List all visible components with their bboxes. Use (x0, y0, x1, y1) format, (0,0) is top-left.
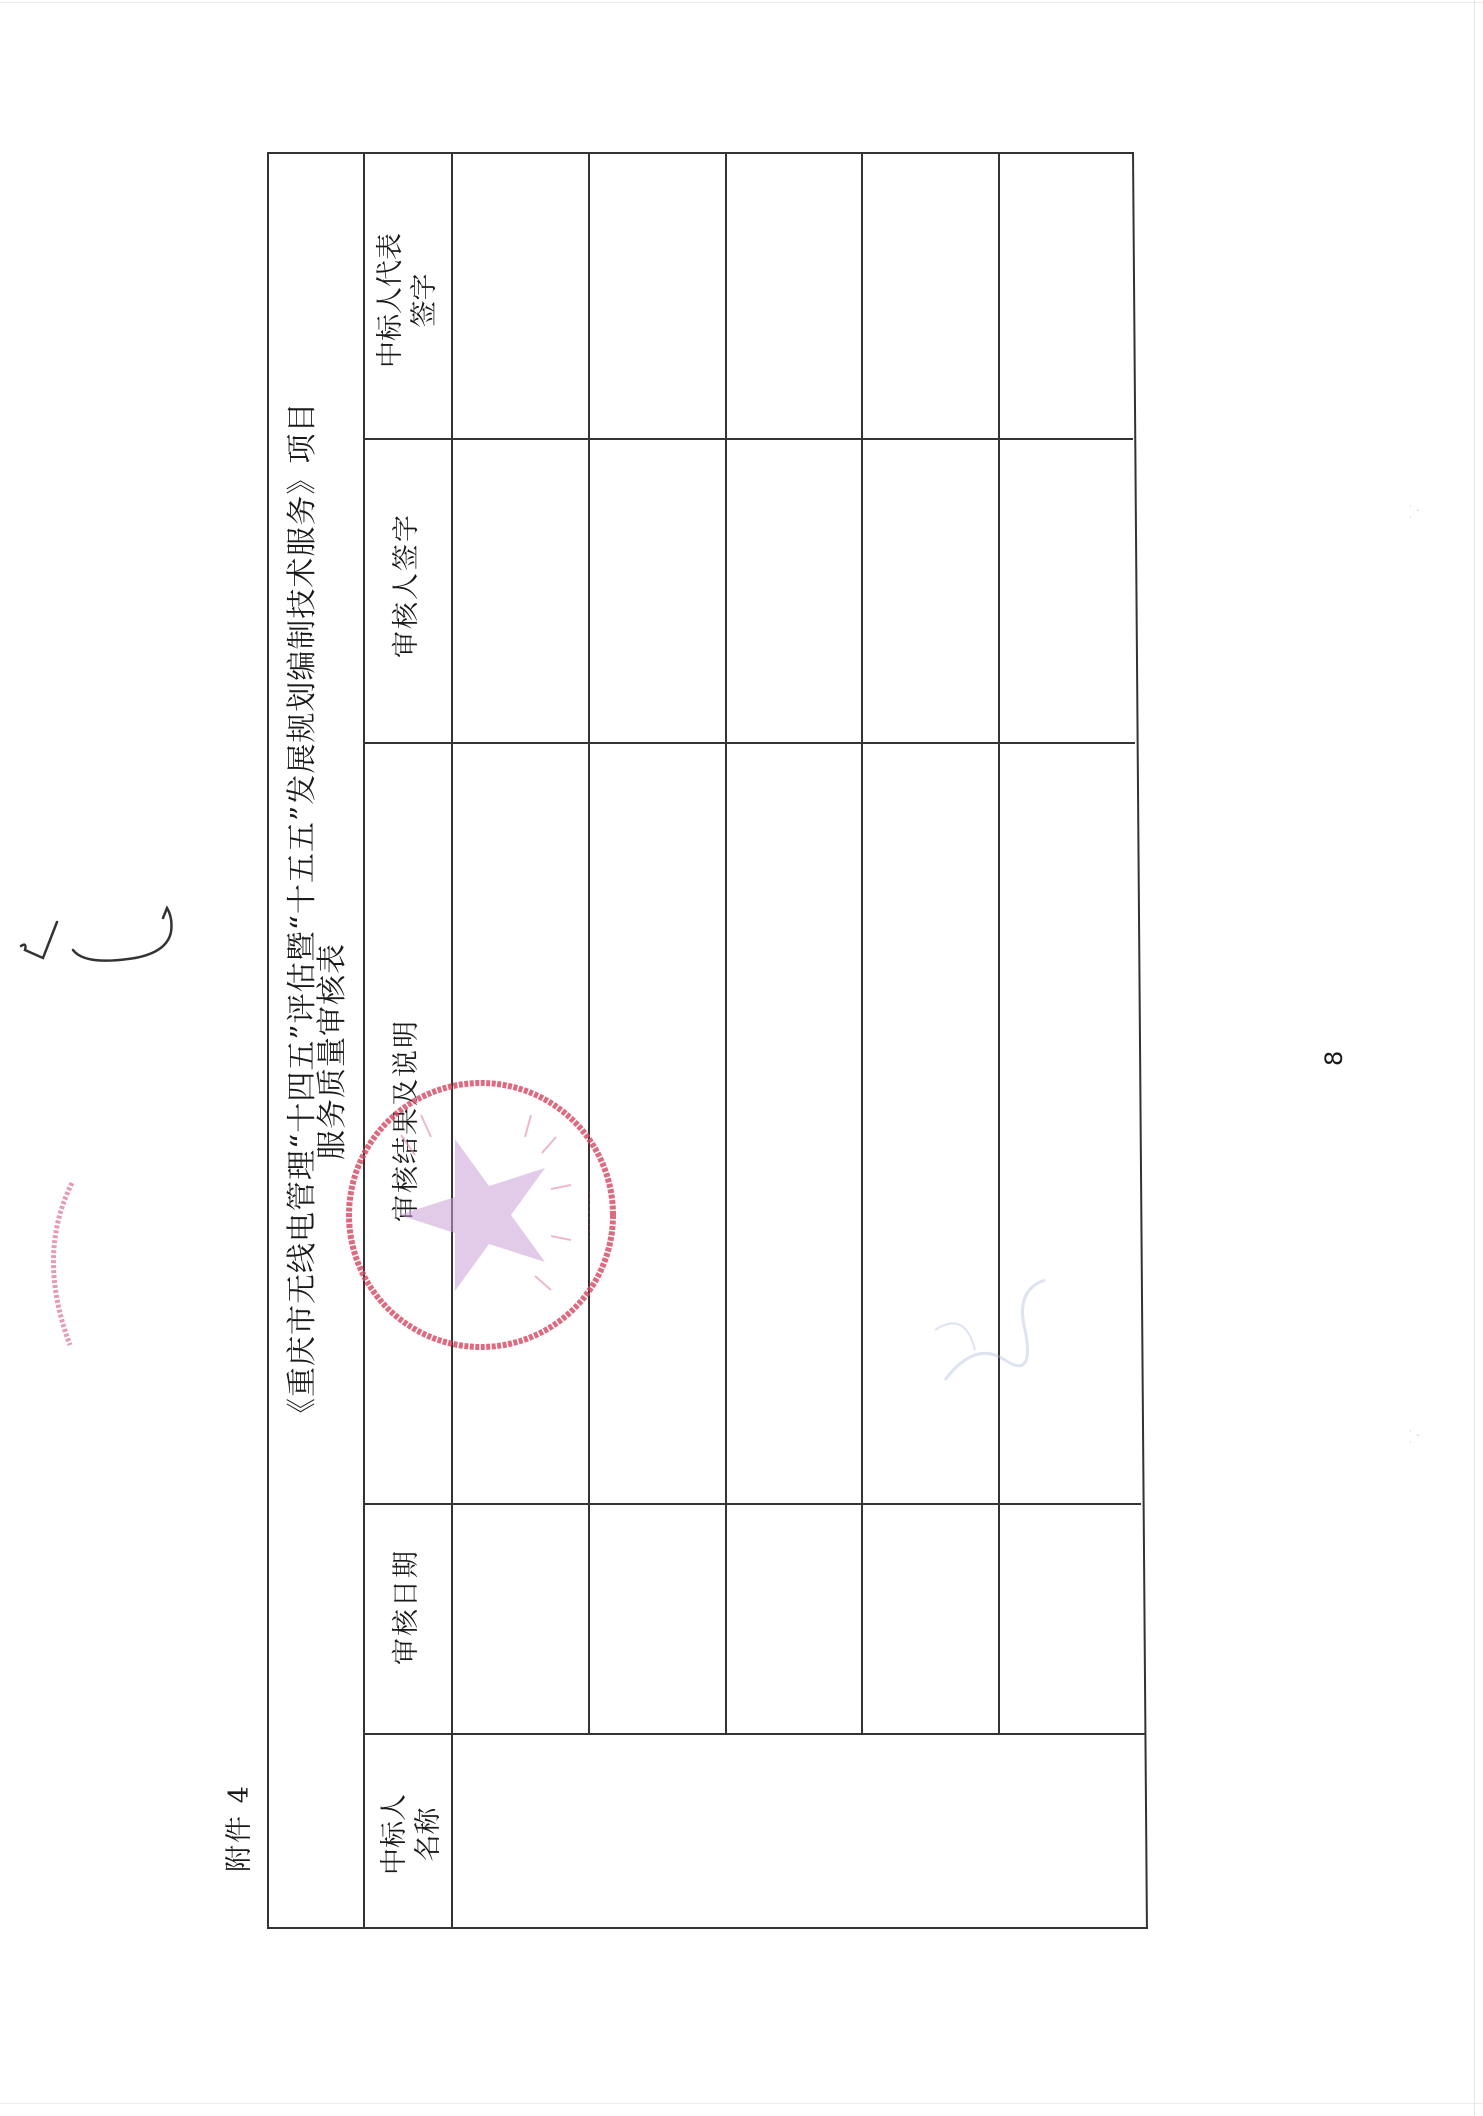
header-winning-bidder-name: 中标人 名称 (378, 1794, 446, 1875)
cell-review-date-row-5[interactable] (1001, 1506, 1132, 1731)
table-border-bottom (268, 1927, 1148, 1929)
scan-artifact: ˙ ‐ ˙ (1408, 505, 1420, 527)
cell-review-result-row-2[interactable] (591, 745, 723, 1501)
document-title: 《重庆市无线电管理“十四五”评估暨“十五五”发展规划编制技术服务》项目 (288, 402, 318, 1428)
scan-edge-top (0, 2, 1483, 3)
cell-review-result-row-4[interactable] (864, 745, 996, 1501)
cell-bidder-name-row-2[interactable] (591, 1736, 723, 1927)
cell-bidder-name-row-4[interactable] (864, 1736, 996, 1927)
attachment-label: 附件 4 (226, 1784, 253, 1872)
cell-bidder-rep-signature-row-1[interactable] (454, 155, 586, 436)
scan-edge-bottom (0, 2103, 1483, 2104)
cell-reviewer-signature-row-5[interactable] (1001, 441, 1132, 740)
header-column-divider (451, 152, 453, 1929)
cell-bidder-name-row-1[interactable] (454, 1736, 586, 1927)
scan-edge-right (1474, 0, 1475, 2116)
row-divider (588, 152, 590, 1735)
cell-review-result-row-1[interactable] (454, 745, 586, 1501)
cell-reviewer-signature-row-2[interactable] (591, 441, 723, 740)
cell-bidder-rep-signature-row-5[interactable] (1001, 155, 1132, 436)
cell-review-date-row-4[interactable] (864, 1506, 996, 1731)
page-number: 8 (1320, 1051, 1348, 1066)
partial-seal-mark (30, 1175, 90, 1350)
table-border-top (268, 152, 1134, 154)
cell-review-date-row-2[interactable] (591, 1506, 723, 1731)
cell-bidder-name-row-3[interactable] (728, 1736, 859, 1927)
handwritten-mark (5, 880, 190, 990)
cell-reviewer-signature-row-3[interactable] (728, 441, 859, 740)
column-divider (363, 438, 1133, 440)
column-divider (363, 1503, 1141, 1505)
scan-artifact: ˙ ‐ ˙ (1408, 1430, 1420, 1452)
header-review-result: 审核结果及说明 (393, 1019, 420, 1222)
header-review-date: 审核日期 (393, 1549, 420, 1665)
cell-review-date-row-3[interactable] (728, 1506, 859, 1731)
row-divider (861, 152, 863, 1735)
cell-review-date-row-1[interactable] (454, 1506, 586, 1731)
header-bidder-rep-signature: 中标人代表 签字 (374, 233, 442, 368)
cell-reviewer-signature-row-1[interactable] (454, 441, 586, 740)
column-divider (363, 742, 1135, 744)
cell-review-result-row-5[interactable] (1001, 745, 1132, 1501)
cell-reviewer-signature-row-4[interactable] (864, 441, 996, 740)
header-reviewer-signature: 审核人签字 (393, 513, 420, 658)
row-divider (998, 152, 1000, 1735)
cell-bidder-rep-signature-row-3[interactable] (728, 155, 859, 436)
document-subtitle: 服务质量审核表 (318, 943, 348, 1160)
table-border-left (267, 152, 269, 1929)
cell-review-result-row-3[interactable] (728, 745, 859, 1501)
cell-bidder-rep-signature-row-4[interactable] (864, 155, 996, 436)
table-border-right (1132, 152, 1148, 1929)
cell-bidder-rep-signature-row-2[interactable] (591, 155, 723, 436)
row-divider (725, 152, 727, 1735)
title-column-divider (363, 152, 365, 1929)
column-divider (363, 1733, 1145, 1735)
cell-bidder-name-row-5[interactable] (1001, 1736, 1132, 1927)
